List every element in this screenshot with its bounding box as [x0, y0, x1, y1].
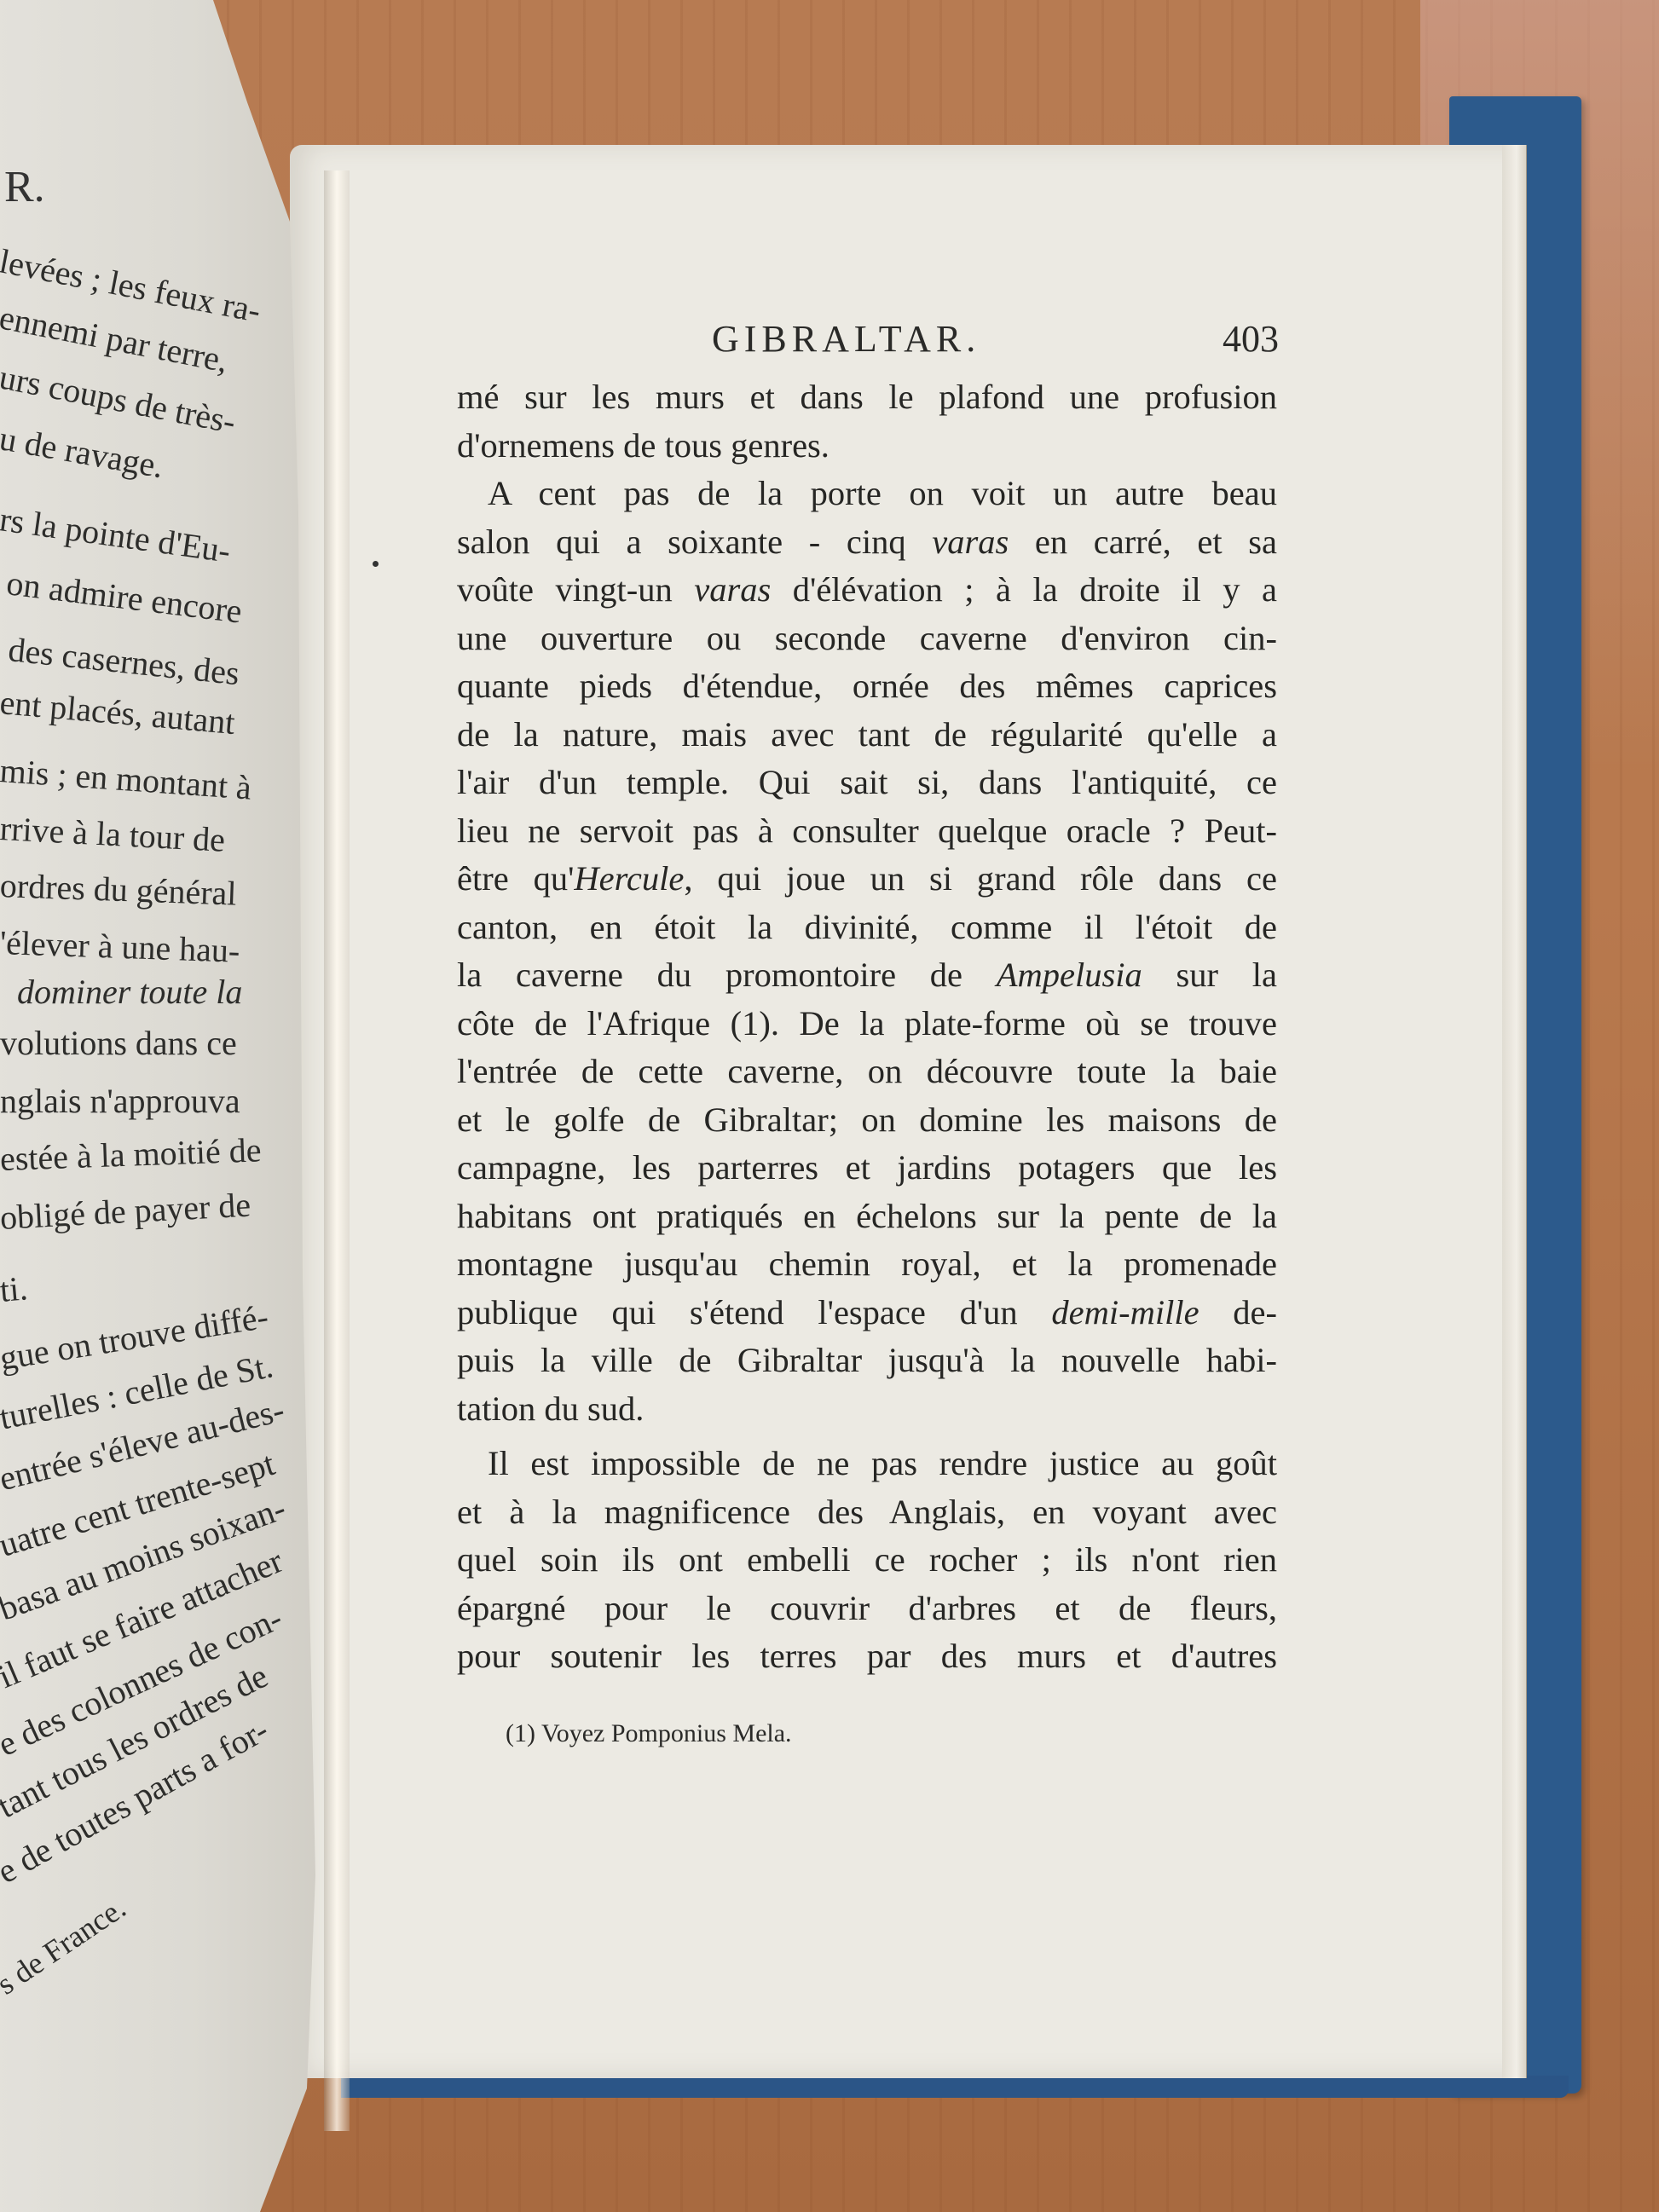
text-line: habitans ont pratiqués en échelons sur l… — [457, 1193, 1277, 1241]
left-running-head: R. — [4, 162, 45, 212]
left-line: ordres du général — [0, 865, 237, 914]
page-block-edge — [1502, 145, 1527, 2078]
text-line: être qu'Hercule, qui joue un si grand rô… — [457, 855, 1277, 904]
text-line: d'ornemens de tous genres. — [457, 422, 1277, 471]
text-line: l'air d'un temple. Qui sait si, dans l'a… — [457, 759, 1277, 807]
text-line: quel soin ils ont embelli ce rocher ; il… — [457, 1536, 1277, 1585]
left-line: ti. — [0, 1268, 29, 1310]
left-line: nglais n'approuva — [0, 1081, 240, 1121]
text-line: pour soutenir les terres par des murs et… — [457, 1632, 1277, 1681]
text-line: la caverne du promontoire de Ampelusia s… — [457, 951, 1277, 1000]
text-line: côte de l'Afrique (1). De la plate-forme… — [457, 1000, 1277, 1048]
italic-term: Ampelusia — [997, 956, 1142, 994]
italic-term: varas — [694, 570, 771, 609]
paragraph: A cent pas de la porte on voit un autre … — [457, 470, 1277, 1433]
text-line: voûte vingt-un varas d'élévation ; à la … — [457, 566, 1277, 615]
margin-ink-dot — [373, 561, 379, 567]
left-line: 'élever à une hau- — [0, 922, 240, 971]
text-line: épargné pour le couvrir d'arbres et de f… — [457, 1585, 1277, 1633]
page-body: mé sur les murs et dans le plafond une p… — [457, 373, 1277, 1681]
left-line: volutions dans ce — [0, 1023, 237, 1063]
text-line: mé sur les murs et dans le plafond une p… — [457, 373, 1277, 422]
text-line: et à la magnificence des Anglais, en voy… — [457, 1488, 1277, 1537]
text-line: publique qui s'étend l'espace d'un demi-… — [457, 1289, 1277, 1337]
book-cover-bottom-edge — [341, 2076, 1569, 2098]
page-header: GIBRALTAR. 403 — [460, 317, 1279, 368]
text-line: tation du sud. — [457, 1385, 1277, 1434]
italic-term: varas — [932, 523, 1009, 561]
paragraph: mé sur les murs et dans le plafond une p… — [457, 373, 1277, 470]
text-line: canton, en étoit la divinité, comme il l… — [457, 904, 1277, 952]
text-line: de la nature, mais avec tant de régulari… — [457, 711, 1277, 759]
text-line: quante pieds d'étendue, ornée des mêmes … — [457, 662, 1277, 711]
text-line: montagne jusqu'au chemin royal, et la pr… — [457, 1240, 1277, 1289]
text-line: Il est impossible de ne pas rendre justi… — [457, 1440, 1277, 1488]
paragraph: Il est impossible de ne pas rendre justi… — [457, 1440, 1277, 1681]
page-number: 403 — [1223, 317, 1279, 361]
footnote: (1) Voyez Pomponius Mela. — [506, 1719, 792, 1748]
left-line: dominer toute la — [17, 972, 242, 1012]
text-line: puis la ville de Gibraltar jusqu'à la no… — [457, 1337, 1277, 1385]
italic-term: Hercule — [574, 859, 684, 898]
text-line: l'entrée de cette caverne, on découvre t… — [457, 1048, 1277, 1096]
text-line: lieu ne servoit pas à consulter quelque … — [457, 807, 1277, 856]
text-line: A cent pas de la porte on voit un autre … — [457, 470, 1277, 518]
running-head: GIBRALTAR. — [712, 317, 980, 361]
book-gutter — [324, 170, 350, 2131]
italic-term: demi-mille — [1051, 1293, 1199, 1331]
text-line: une ouverture ou seconde caverne d'envir… — [457, 615, 1277, 663]
text-line: salon qui a soixante - cinq varas en car… — [457, 518, 1277, 567]
text-line: campagne, les parterres et jardins potag… — [457, 1144, 1277, 1193]
text-line: et le golfe de Gibraltar; on domine les … — [457, 1096, 1277, 1145]
